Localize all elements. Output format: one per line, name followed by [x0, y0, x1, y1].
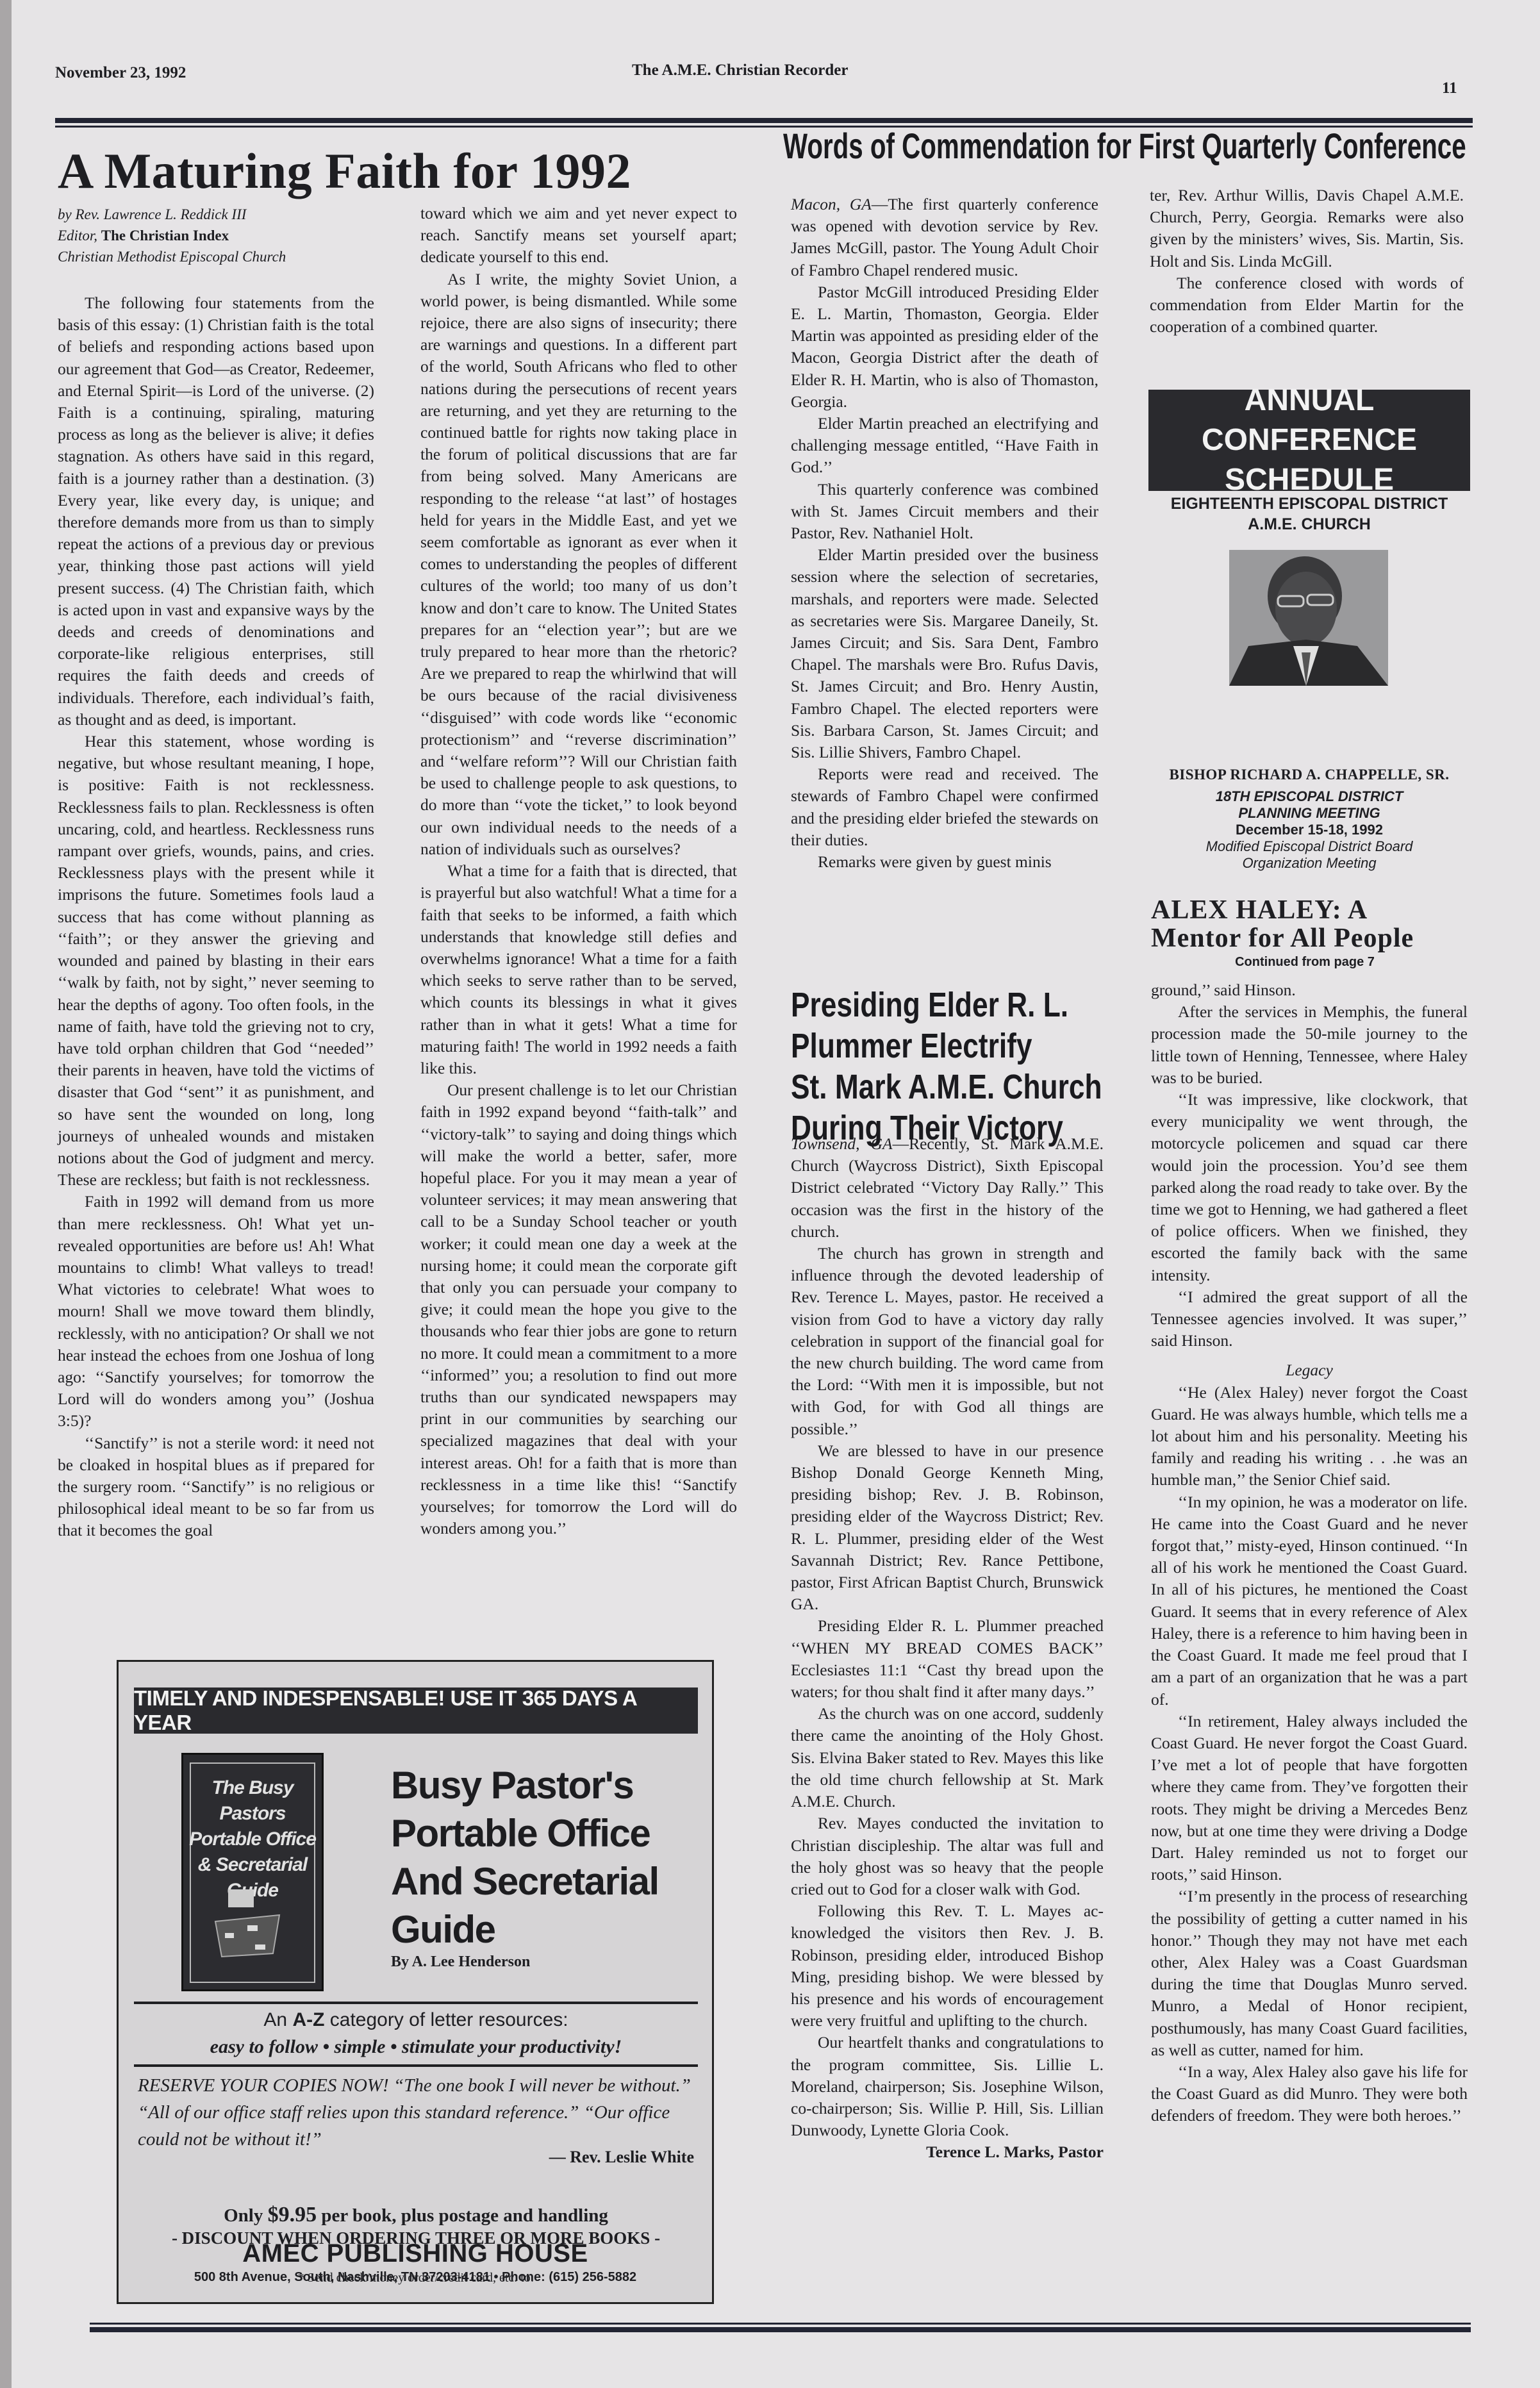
issue-date: November 23, 1992 — [55, 64, 186, 82]
ad-testimonial-attribution: — Rev. Leslie White — [549, 2148, 694, 2167]
page-number: 11 — [1442, 79, 1457, 97]
ad-publisher: AMEC PUBLISHING HOUSE — [117, 2239, 714, 2268]
paragraph: ‘‘I’m presently in the process of re­sea… — [1151, 1886, 1468, 2061]
faith-column-2: toward which we aim and yet never expect… — [420, 203, 737, 1539]
schedule-district: EIGHTEENTH EPISCOPAL DISTRICT A.M.E. CHU… — [1148, 493, 1470, 535]
paragraph: After the services in Memphis, the funer… — [1151, 1001, 1468, 1089]
paragraph: Elder Martin preached an electrifying an… — [791, 413, 1098, 479]
paragraph: The following four statements from the b… — [58, 292, 374, 731]
paragraph: Townsend, GA—Recently, St. Mark A.M.E. C… — [791, 1133, 1104, 1243]
paragraph: Remarks were given by guest minis­ — [791, 851, 1098, 873]
byline-organization: Christian Methodist Episcopal Church — [58, 246, 378, 267]
photo-caption: BISHOP RICHARD A. CHAPPELLE, SR. — [1148, 767, 1470, 783]
dateline: Townsend, GA — [791, 1134, 893, 1153]
paragraph: Pastor McGill introduced Presiding Elder… — [791, 281, 1098, 413]
signature: Terence L. Marks, Pastor — [791, 2141, 1104, 2163]
byline: by Rev. Lawrence L. Reddick III Editor, … — [58, 204, 378, 267]
paragraph: ter, Rev. Arthur Willis, Davis Chapel A.… — [1150, 185, 1464, 272]
headline-commendation: Words of Commendation for First Quarterl… — [783, 128, 1466, 164]
subhead-legacy: Legacy — [1151, 1359, 1468, 1381]
paragraph: ‘‘He (Alex Haley) never forgot the Coast… — [1151, 1382, 1468, 1491]
book-cover-image: The Busy Pastors Portable Office & Secre… — [181, 1753, 324, 1991]
bishop-photo — [1229, 550, 1388, 686]
paragraph: Macon, GA—The first quarterly con­ferenc… — [791, 194, 1098, 281]
faith-column-1: The following four statements from the b… — [58, 292, 374, 1542]
paragraph: ‘‘Sanctify’’ is not a sterile word: it n… — [58, 1432, 374, 1542]
paragraph: Rev. Mayes conducted the invitation to C… — [791, 1812, 1104, 1900]
ad-category: An A-Z category of letter resources: — [134, 2009, 698, 2031]
book-advertisement: TIMELY AND INDESPENSABLE! USE IT 365 DAY… — [117, 1660, 714, 2304]
paragraph: toward which we aim and yet never expect… — [420, 203, 737, 269]
paragraph: We are blessed to have in our pres­ence … — [791, 1440, 1104, 1616]
ad-address: 500 8th Avenue, South, Nashville, TN 372… — [117, 2270, 714, 2285]
headline-maturing-faith: A Maturing Faith for 1992 — [58, 146, 631, 196]
paragraph: ‘‘In retirement, Haley always in­cluded … — [1151, 1711, 1468, 1886]
desk-illustration-icon — [209, 1883, 286, 1960]
ad-price: Only $9.95 per book, plus postage and ha… — [134, 2203, 698, 2227]
paragraph: As the church was on one accord, suddenl… — [791, 1703, 1104, 1812]
ad-book-title: Busy Pastor's Portable Office And Secret… — [391, 1761, 659, 1953]
byline-author: by Rev. Lawrence L. Reddick III — [58, 204, 378, 225]
ad-divider — [134, 2002, 698, 2004]
page-edge — [0, 0, 12, 2388]
ad-features: easy to follow • simple • stimulate your… — [134, 2036, 698, 2058]
continued-note: Continued from page 7 — [1151, 955, 1459, 970]
paragraph: As I write, the mighty Soviet Union, a w… — [420, 269, 737, 860]
plummer-column: Townsend, GA—Recently, St. Mark A.M.E. C… — [791, 1133, 1104, 2164]
paragraph: Faith in 1992 will demand from us more t… — [58, 1191, 374, 1432]
paragraph: ground,’’ said Hinson. — [1151, 979, 1468, 1001]
ad-banner: TIMELY AND INDESPENSABLE! USE IT 365 DAY… — [134, 1687, 698, 1734]
paragraph: ‘‘It was impressive, like clockwork, tha… — [1151, 1089, 1468, 1286]
paragraph: What a time for a faith that is directed… — [420, 860, 737, 1079]
commendation-column-1: Macon, GA—The first quarterly con­ferenc… — [791, 194, 1098, 873]
paragraph: Hear this statement, whose wording is ne… — [58, 731, 374, 1191]
ad-divider — [134, 2064, 698, 2067]
paragraph: Following this Rev. T. L. Mayes ac­knowl… — [791, 1900, 1104, 2032]
paragraph: ‘‘I admired the great support of all the… — [1151, 1286, 1468, 1352]
paragraph: The church has grown in strength and inf… — [791, 1243, 1104, 1440]
commendation-column-2: ter, Rev. Arthur Willis, Davis Chapel A.… — [1150, 185, 1464, 338]
paragraph: Elder Martin presided over the busi­ness… — [791, 544, 1098, 763]
haley-column: ground,’’ said Hinson. After the service… — [1151, 979, 1468, 2127]
paragraph: The conference closed with words of comm… — [1150, 272, 1464, 338]
paragraph: ‘‘In a way, Alex Haley also gave his lif… — [1151, 2061, 1468, 2127]
paragraph: This quarterly conference was com­bined … — [791, 479, 1098, 545]
paragraph: ‘‘In my opinion, he was a moderator on l… — [1151, 1491, 1468, 1711]
headline-plummer: Presiding Elder R. L. Plummer Electrify … — [791, 984, 1102, 1148]
schedule-banner: ANNUAL CONFERENCE SCHEDULE — [1148, 390, 1470, 491]
paragraph: Presiding Elder R. L. Plummer preached ‘… — [791, 1615, 1104, 1703]
publication-name: The A.M.E. Christian Recorder — [632, 62, 848, 79]
portrait-icon — [1229, 550, 1388, 686]
footer-rule — [90, 2323, 1471, 2332]
byline-role: Editor, The Christian Index — [58, 225, 378, 246]
ad-author: By A. Lee Henderson — [391, 1953, 530, 1971]
paragraph: Our heartfelt thanks and congratula­tion… — [791, 2032, 1104, 2141]
dateline: Macon, GA — [791, 195, 872, 213]
paragraph: Reports were read and received. The stew… — [791, 763, 1098, 851]
schedule-meeting: 18TH EPISCOPAL DISTRICT PLANNING MEETING… — [1148, 788, 1470, 872]
paragraph: Our present challenge is to let our Chri… — [420, 1079, 737, 1539]
headline-alex-haley: ALEX HALEY: A Mentor for All People — [1151, 896, 1414, 952]
ad-testimonial: RESERVE YOUR COPIES NOW! “The one book I… — [138, 2072, 695, 2153]
